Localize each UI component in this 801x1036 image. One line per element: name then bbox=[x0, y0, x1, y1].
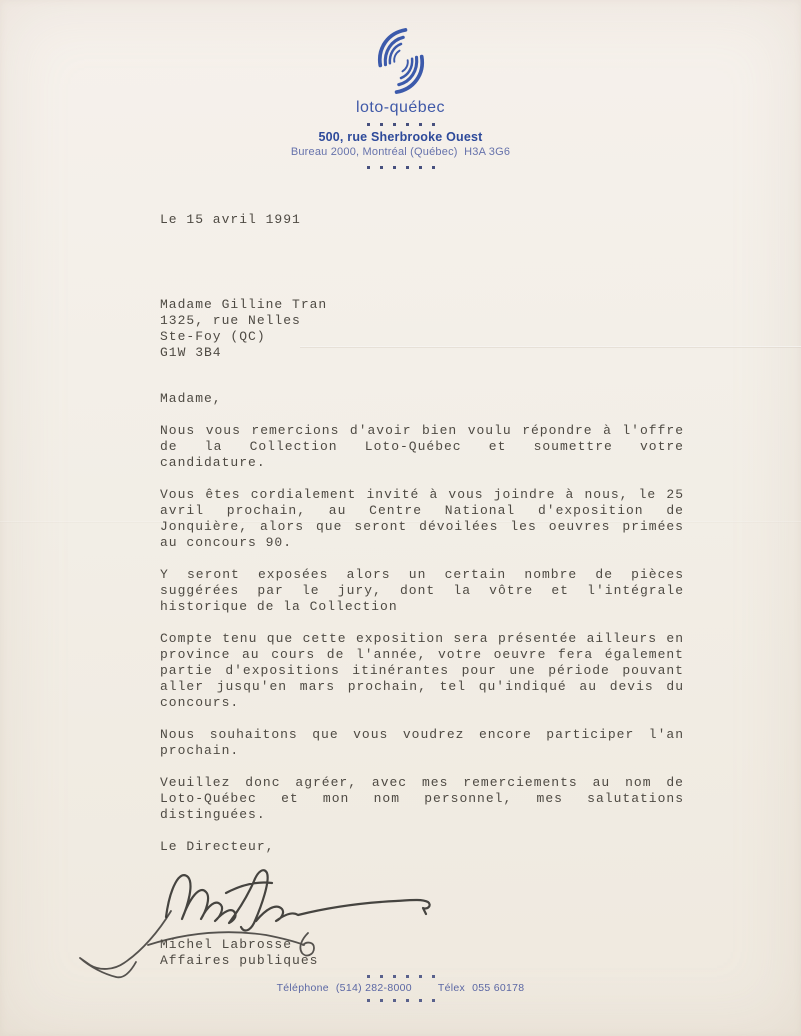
letterhead-street: 500, rue Sherbrooke Ouest bbox=[0, 130, 801, 144]
letter-date: Le 15 avril 1991 bbox=[160, 212, 301, 228]
phone-label: Téléphone bbox=[277, 982, 329, 994]
telex-label: Télex bbox=[438, 982, 465, 994]
paragraph-1: Nous vous remercions d'avoir bien voulu … bbox=[160, 423, 684, 471]
recipient-street: 1325, rue Nelles bbox=[160, 313, 327, 329]
signer-title: Affaires publiques bbox=[160, 953, 318, 969]
salutation: Madame, bbox=[160, 391, 684, 407]
signer-block: Michel Labrosse Affaires publiques bbox=[160, 937, 318, 969]
dots-separator bbox=[0, 123, 801, 126]
letterhead: loto-québec 500, rue Sherbrooke Ouest Bu… bbox=[0, 24, 801, 173]
recipient-postal-code: G1W 3B4 bbox=[160, 345, 327, 361]
brand-wordmark: loto-québec bbox=[0, 99, 801, 117]
paragraph-5: Nous souhaitons que vous voudrez encore … bbox=[160, 727, 684, 759]
recipient-address: Madame Gilline Tran 1325, rue Nelles Ste… bbox=[160, 297, 327, 361]
paper-crease bbox=[300, 346, 801, 348]
letter-footer: Téléphone(514) 282-8000Télex055 60178 bbox=[0, 969, 801, 1006]
scanned-letter-page: loto-québec 500, rue Sherbrooke Ouest Bu… bbox=[0, 0, 801, 1036]
telex-number: 055 60178 bbox=[472, 982, 524, 994]
recipient-name: Madame Gilline Tran bbox=[160, 297, 327, 313]
dots-separator bbox=[0, 999, 801, 1002]
letter-body: Madame, Nous vous remercions d'avoir bie… bbox=[160, 391, 684, 871]
loto-quebec-logo-icon bbox=[364, 24, 438, 98]
paragraph-2: Vous êtes cordialement invité à vous joi… bbox=[160, 487, 684, 551]
paragraph-4: Compte tenu que cette exposition sera pr… bbox=[160, 631, 684, 711]
contact-line: Téléphone(514) 282-8000Télex055 60178 bbox=[0, 982, 801, 994]
letterhead-city: Bureau 2000, Montréal (Québec) H3A 3G6 bbox=[0, 146, 801, 158]
phone-number: (514) 282-8000 bbox=[336, 982, 412, 994]
paragraph-3: Y seront exposées alors un certain nombr… bbox=[160, 567, 684, 615]
closing-line: Le Directeur, bbox=[160, 839, 684, 855]
paragraph-6: Veuillez donc agréer, avec mes remerciem… bbox=[160, 775, 684, 823]
recipient-city: Ste-Foy (QC) bbox=[160, 329, 327, 345]
signer-name: Michel Labrosse bbox=[160, 937, 318, 953]
dots-separator bbox=[0, 166, 801, 169]
dots-separator bbox=[0, 975, 801, 978]
